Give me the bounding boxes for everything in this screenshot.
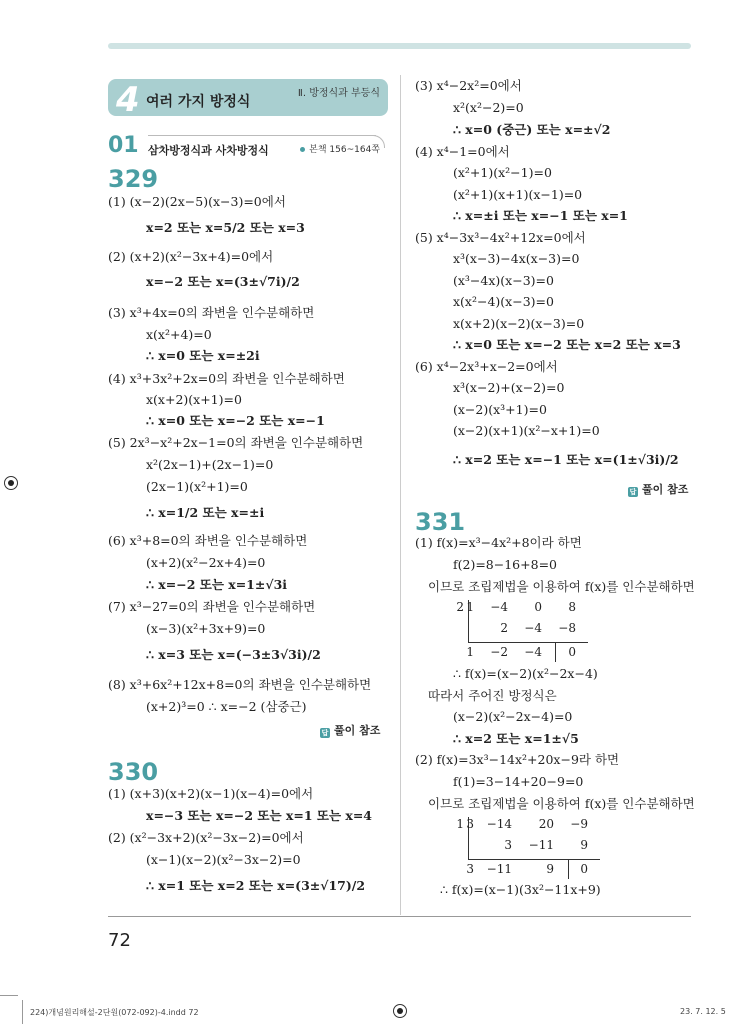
solution-line: (2) (x²−3x+2)(x²−3x−2)=0에서 bbox=[108, 830, 304, 846]
section-number: 01 bbox=[108, 133, 139, 158]
answer-text: 풀이 참조 bbox=[642, 483, 688, 496]
solution-line: (6) x⁴−2x³+x−2=0에서 bbox=[415, 359, 558, 375]
solution-line: (x−2)(x²−2x−4)=0 bbox=[453, 709, 572, 725]
section-title: 삼차방정식과 사차방정식 bbox=[148, 142, 269, 158]
solution-line: (x+2)(x²−2x+4)=0 bbox=[146, 555, 265, 571]
column-divider bbox=[400, 75, 401, 915]
solution-line: (3) x³+4x=0의 좌변을 인수분해하면 bbox=[108, 305, 314, 321]
solution-line: (1) (x−2)(2x−5)(x−3)=0에서 bbox=[108, 194, 286, 210]
synthetic-division-1: 2 1 −4 0 8 2 −4 −8 1 −2 −4 0 bbox=[450, 600, 590, 665]
solution-line: (2) (x+2)(x²−3x+4)=0에서 bbox=[108, 249, 273, 265]
solution-line: 따라서 주어진 방정식은 bbox=[428, 688, 557, 704]
solution-line: ∴ x=2 또는 x=−1 또는 x=(1±√3i)/2 bbox=[453, 452, 679, 468]
page-number: 72 bbox=[108, 930, 131, 951]
chapter-title: 여러 가지 방정식 bbox=[146, 91, 250, 111]
solution-line: (1) f(x)=x³−4x²+8이라 하면 bbox=[415, 535, 582, 551]
solution-line: x(x²−4)(x−3)=0 bbox=[453, 294, 554, 310]
solution-line: (x³−4x)(x−3)=0 bbox=[453, 273, 554, 289]
solution-line: (4) x³+3x²+2x=0의 좌변을 인수분해하면 bbox=[108, 371, 345, 387]
solution-line: (2x−1)(x²+1)=0 bbox=[146, 479, 248, 495]
solution-line: x³(x−3)−4x(x−3)=0 bbox=[453, 251, 579, 267]
synthetic-division-2: 1 3 −14 20 −9 3 −11 9 3 −11 9 0 bbox=[450, 817, 600, 882]
problem-number-329: 329 bbox=[108, 165, 158, 193]
top-decorative-bar bbox=[108, 43, 691, 49]
solution-line: (7) x³−27=0의 좌변을 인수분해하면 bbox=[108, 599, 315, 615]
solution-line: x³(x−2)+(x−2)=0 bbox=[453, 380, 564, 396]
solution-line: x(x+2)(x−2)(x−3)=0 bbox=[453, 316, 584, 332]
solution-line: x=−2 또는 x=(3±√7i)/2 bbox=[146, 274, 300, 290]
bullet-icon bbox=[300, 147, 305, 152]
registration-mark-icon bbox=[4, 476, 18, 490]
answer-text: 풀이 참조 bbox=[334, 724, 380, 737]
solution-line: ∴ f(x)=(x−1)(3x²−11x+9) bbox=[440, 882, 601, 898]
solution-line: ∴ f(x)=(x−2)(x²−2x−4) bbox=[453, 666, 598, 682]
solution-line: (5) 2x³−x²+2x−1=0의 좌변을 인수분해하면 bbox=[108, 435, 363, 451]
solution-line: f(2)=8−16+8=0 bbox=[453, 557, 557, 573]
registration-mark-icon bbox=[393, 1004, 407, 1018]
solution-line: ∴ x=1/2 또는 x=±i bbox=[146, 505, 264, 521]
solution-line: ∴ x=0 또는 x=−2 또는 x=2 또는 x=3 bbox=[453, 337, 681, 353]
problem-number-331: 331 bbox=[415, 508, 465, 536]
solution-line: x=−3 또는 x=−2 또는 x=1 또는 x=4 bbox=[146, 808, 372, 824]
section-header: 01 삼차방정식과 사차방정식 본책 156~164쪽 bbox=[108, 133, 388, 159]
solution-line: (x−2)(x³+1)=0 bbox=[453, 402, 547, 418]
solution-line: ∴ x=3 또는 x=(−3±3√3i)/2 bbox=[146, 647, 321, 663]
solution-line: x=2 또는 x=5/2 또는 x=3 bbox=[146, 220, 305, 236]
solution-line: (x²+1)(x²−1)=0 bbox=[453, 165, 552, 181]
solution-line: f(1)=3−14+20−9=0 bbox=[453, 774, 583, 790]
solution-line: ∴ x=0 또는 x=±2i bbox=[146, 348, 260, 364]
footer-date: 23. 7. 12. 5 bbox=[680, 1007, 726, 1016]
section-ref-text: 본책 156~164쪽 bbox=[309, 145, 380, 155]
crop-mark bbox=[22, 1000, 23, 1024]
solution-line: ∴ x=0 (중근) 또는 x=±√2 bbox=[453, 122, 610, 138]
solution-line: (x−2)(x+1)(x²−x+1)=0 bbox=[453, 423, 600, 439]
solution-line: (x+2)³=0 ∴ x=−2 (삼중근) bbox=[146, 699, 306, 715]
solution-line: (4) x⁴−1=0에서 bbox=[415, 144, 510, 160]
chapter-part: Ⅱ. 방정식과 부등식 bbox=[298, 84, 380, 99]
answer-icon: 답 bbox=[628, 487, 638, 497]
problem-number-330: 330 bbox=[108, 758, 158, 786]
answer-note: 답풀이 참조 bbox=[320, 722, 380, 738]
solution-line: x²(2x−1)+(2x−1)=0 bbox=[146, 457, 273, 473]
solution-line: ∴ x=±i 또는 x=−1 또는 x=1 bbox=[453, 208, 628, 224]
solution-line: (x−1)(x−2)(x²−3x−2)=0 bbox=[146, 852, 301, 868]
solution-line: ∴ x=0 또는 x=−2 또는 x=−1 bbox=[146, 413, 325, 429]
solution-line: x(x²+4)=0 bbox=[146, 327, 212, 343]
chapter-banner: 4 여러 가지 방정식 Ⅱ. 방정식과 부등식 bbox=[108, 79, 388, 116]
footer-file: 224)개념원리해설-2단원(072-092)-4.indd 72 bbox=[30, 1007, 199, 1018]
answer-icon: 답 bbox=[320, 728, 330, 738]
solution-line: (8) x³+6x²+12x+8=0의 좌변을 인수분해하면 bbox=[108, 677, 371, 693]
crop-mark bbox=[0, 995, 18, 996]
solution-line: (2) f(x)=3x³−14x²+20x−9라 하면 bbox=[415, 752, 619, 768]
solution-line: (x−3)(x²+3x+9)=0 bbox=[146, 621, 265, 637]
solution-line: (1) (x+3)(x+2)(x−1)(x−4)=0에서 bbox=[108, 786, 313, 802]
solution-line: x(x+2)(x+1)=0 bbox=[146, 392, 242, 408]
solution-line: (6) x³+8=0의 좌변을 인수분해하면 bbox=[108, 533, 307, 549]
solution-line: 이므로 조립제법을 이용하여 f(x)를 인수분해하면 bbox=[428, 579, 695, 595]
chapter-number: 4 bbox=[116, 81, 140, 119]
solution-line: (5) x⁴−3x³−4x²+12x=0에서 bbox=[415, 230, 586, 246]
solution-line: x²(x²−2)=0 bbox=[453, 100, 524, 116]
solution-line: ∴ x=1 또는 x=2 또는 x=(3±√17)/2 bbox=[146, 878, 365, 894]
solution-line: (3) x⁴−2x²=0에서 bbox=[415, 78, 522, 94]
solution-line: ∴ x=−2 또는 x=1±√3i bbox=[146, 577, 287, 593]
solution-line: ∴ x=2 또는 x=1±√5 bbox=[453, 731, 579, 747]
section-divider bbox=[148, 135, 376, 136]
bottom-rule bbox=[108, 916, 691, 917]
solution-line: 이므로 조립제법을 이용하여 f(x)를 인수분해하면 bbox=[428, 796, 695, 812]
section-ref: 본책 156~164쪽 bbox=[300, 142, 380, 155]
answer-note: 답풀이 참조 bbox=[628, 481, 688, 497]
solution-line: (x²+1)(x+1)(x−1)=0 bbox=[453, 187, 582, 203]
